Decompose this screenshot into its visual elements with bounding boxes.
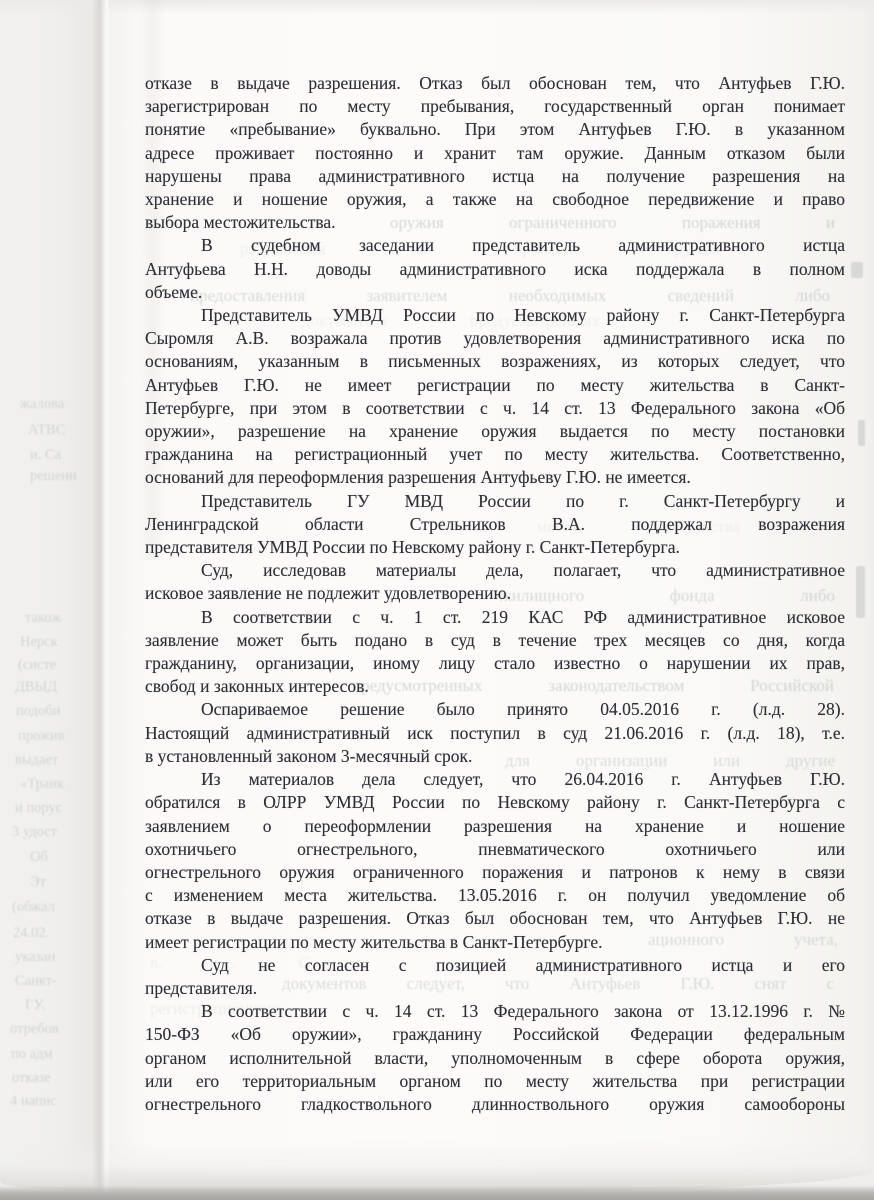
text-line: нарушены права административного истца н… — [145, 165, 845, 188]
text-line: исковое заявление не подлежит удовлетвор… — [145, 582, 845, 605]
scan-edge-mark — [856, 566, 865, 618]
ghost-margin-fragment: 3 удост — [12, 824, 57, 840]
text-line: оснований для переоформления разрешения … — [145, 466, 845, 489]
text-line: Суд не согласен с позицией административ… — [145, 954, 845, 977]
text-line: огнестрельного оружия ограниченного пора… — [145, 861, 845, 884]
text-line: в установленный законом 3-месячный срок. — [145, 745, 845, 768]
text-line: Представитель ГУ МВД России по г. Санкт-… — [145, 490, 845, 513]
ghost-margin-fragment: 24.02. — [13, 925, 49, 941]
ghost-margin-fragment: ДВЫД — [15, 679, 57, 695]
text-line: Настоящий административный иск поступил … — [145, 722, 845, 745]
document-text-column: отказе в выдаче разрешения. Отказ был об… — [145, 72, 845, 1116]
text-line: Сыромля А.В. возражала против удовлетвор… — [145, 327, 845, 350]
text-line: охотничьего огнестрельного, пневматическ… — [145, 838, 845, 861]
text-line: с изменением места жительства. 13.05.201… — [145, 884, 845, 907]
text-line: представителя УМВД России по Невскому ра… — [145, 536, 845, 559]
text-line: обратился в ОЛРР УМВД России по Невскому… — [145, 791, 845, 814]
ghost-margin-fragment: подоби — [16, 703, 60, 719]
text-line: или его территориальным органом по месту… — [145, 1070, 845, 1093]
text-line: Антуфьева Н.Н. доводы административного … — [145, 258, 845, 281]
text-line: Ленинградской области Стрельников В.А. п… — [145, 513, 845, 536]
scanned-page: оружия ограниченного поражения иразрешен… — [0, 0, 874, 1200]
text-line: Антуфьев Г.Ю. не имеет регистрации по ме… — [145, 374, 845, 397]
text-line: гражданина на регистрационный учет по ме… — [145, 443, 845, 466]
text-line: 150-ФЗ «Об оружии», гражданину Российско… — [145, 1023, 845, 1046]
scan-edge-mark — [851, 262, 863, 278]
ghost-margin-fragment: Эт — [30, 874, 46, 890]
text-line: Суд, исследовав материалы дела, полагает… — [145, 559, 845, 582]
ghost-margin-fragment: решени — [30, 468, 77, 484]
paper-bottom-edge — [0, 1186, 874, 1200]
ghost-margin-fragment: отказе — [12, 1070, 51, 1086]
text-line: хранение и ношение оружия, а также на св… — [145, 188, 845, 211]
text-line: понятие «пребывание» буквально. При этом… — [145, 118, 845, 141]
paper-fold-crease — [92, 0, 110, 1200]
text-line: В соответствии с ч. 14 ст. 13 Федерально… — [145, 1000, 845, 1023]
ghost-margin-fragment: «Транк — [20, 776, 64, 792]
text-line: Петербурге, при этом в соответствии с ч.… — [145, 397, 845, 420]
text-line: адресе проживает постоянно и хранит там … — [145, 142, 845, 165]
ghost-margin-fragment: прожив — [18, 728, 65, 744]
ghost-margin-fragment: (систе — [18, 657, 56, 673]
ghost-margin-fragment: Об — [30, 849, 48, 865]
text-line: заявление может быть подано в суд в тече… — [145, 629, 845, 652]
ghost-margin-fragment: також — [25, 610, 61, 626]
ghost-margin-fragment: выдает — [15, 752, 58, 768]
text-line: Из материалов дела следует, что 26.04.20… — [145, 768, 845, 791]
text-line: отказе в выдаче разрешения. Отказ был об… — [145, 907, 845, 930]
text-line: основаниям, указанным в письменных возра… — [145, 350, 845, 373]
text-line: оружии», разрешение на хранение оружия в… — [145, 420, 845, 443]
text-line: гражданину, организации, иному лицу стал… — [145, 652, 845, 675]
ghost-margin-fragment: (обжал — [12, 899, 55, 915]
ghost-margin-fragment: АТВС — [28, 422, 65, 438]
text-line: органом исполнительной власти, уполномоч… — [145, 1047, 845, 1070]
text-line: отказе в выдаче разрешения. Отказ был об… — [145, 72, 845, 95]
text-line: объеме. — [145, 281, 845, 304]
ghost-margin-fragment: и порус — [15, 800, 62, 816]
text-line: В судебном заседании представитель админ… — [145, 234, 845, 257]
text-line: представителя. — [145, 977, 845, 1000]
ghost-margin-fragment: отребов — [10, 1021, 59, 1037]
ghost-margin-fragment: по адм — [11, 1046, 53, 1062]
ghost-margin-fragment: указан — [15, 949, 55, 965]
text-line: В соответствии с ч. 1 ст. 219 КАС РФ адм… — [145, 606, 845, 629]
ghost-margin-fragment: жалова — [20, 396, 64, 412]
ghost-margin-fragment: Нерск — [20, 634, 58, 650]
text-line: Оспариваемое решение было принято 04.05.… — [145, 698, 845, 721]
text-line: свобод и законных интересов. — [145, 675, 845, 698]
ghost-margin-fragment: ГУ. — [25, 997, 45, 1013]
ghost-margin-fragment: и. Са — [30, 447, 61, 463]
scan-edge-mark — [858, 420, 865, 446]
ghost-margin-fragment: Санкт- — [15, 973, 57, 989]
text-line: заявлением о переоформлении разрешения н… — [145, 815, 845, 838]
text-line: зарегистрирован по месту пребывания, гос… — [145, 95, 845, 118]
text-line: выбора местожительства. — [145, 211, 845, 234]
text-line: имеет регистрации по месту жительства в … — [145, 931, 845, 954]
ghost-margin-fragment: 4 напис — [10, 1093, 57, 1109]
text-line: огнестрельного гладкоствольного длинност… — [145, 1093, 845, 1116]
text-line: Представитель УМВД России по Невскому ра… — [145, 304, 845, 327]
